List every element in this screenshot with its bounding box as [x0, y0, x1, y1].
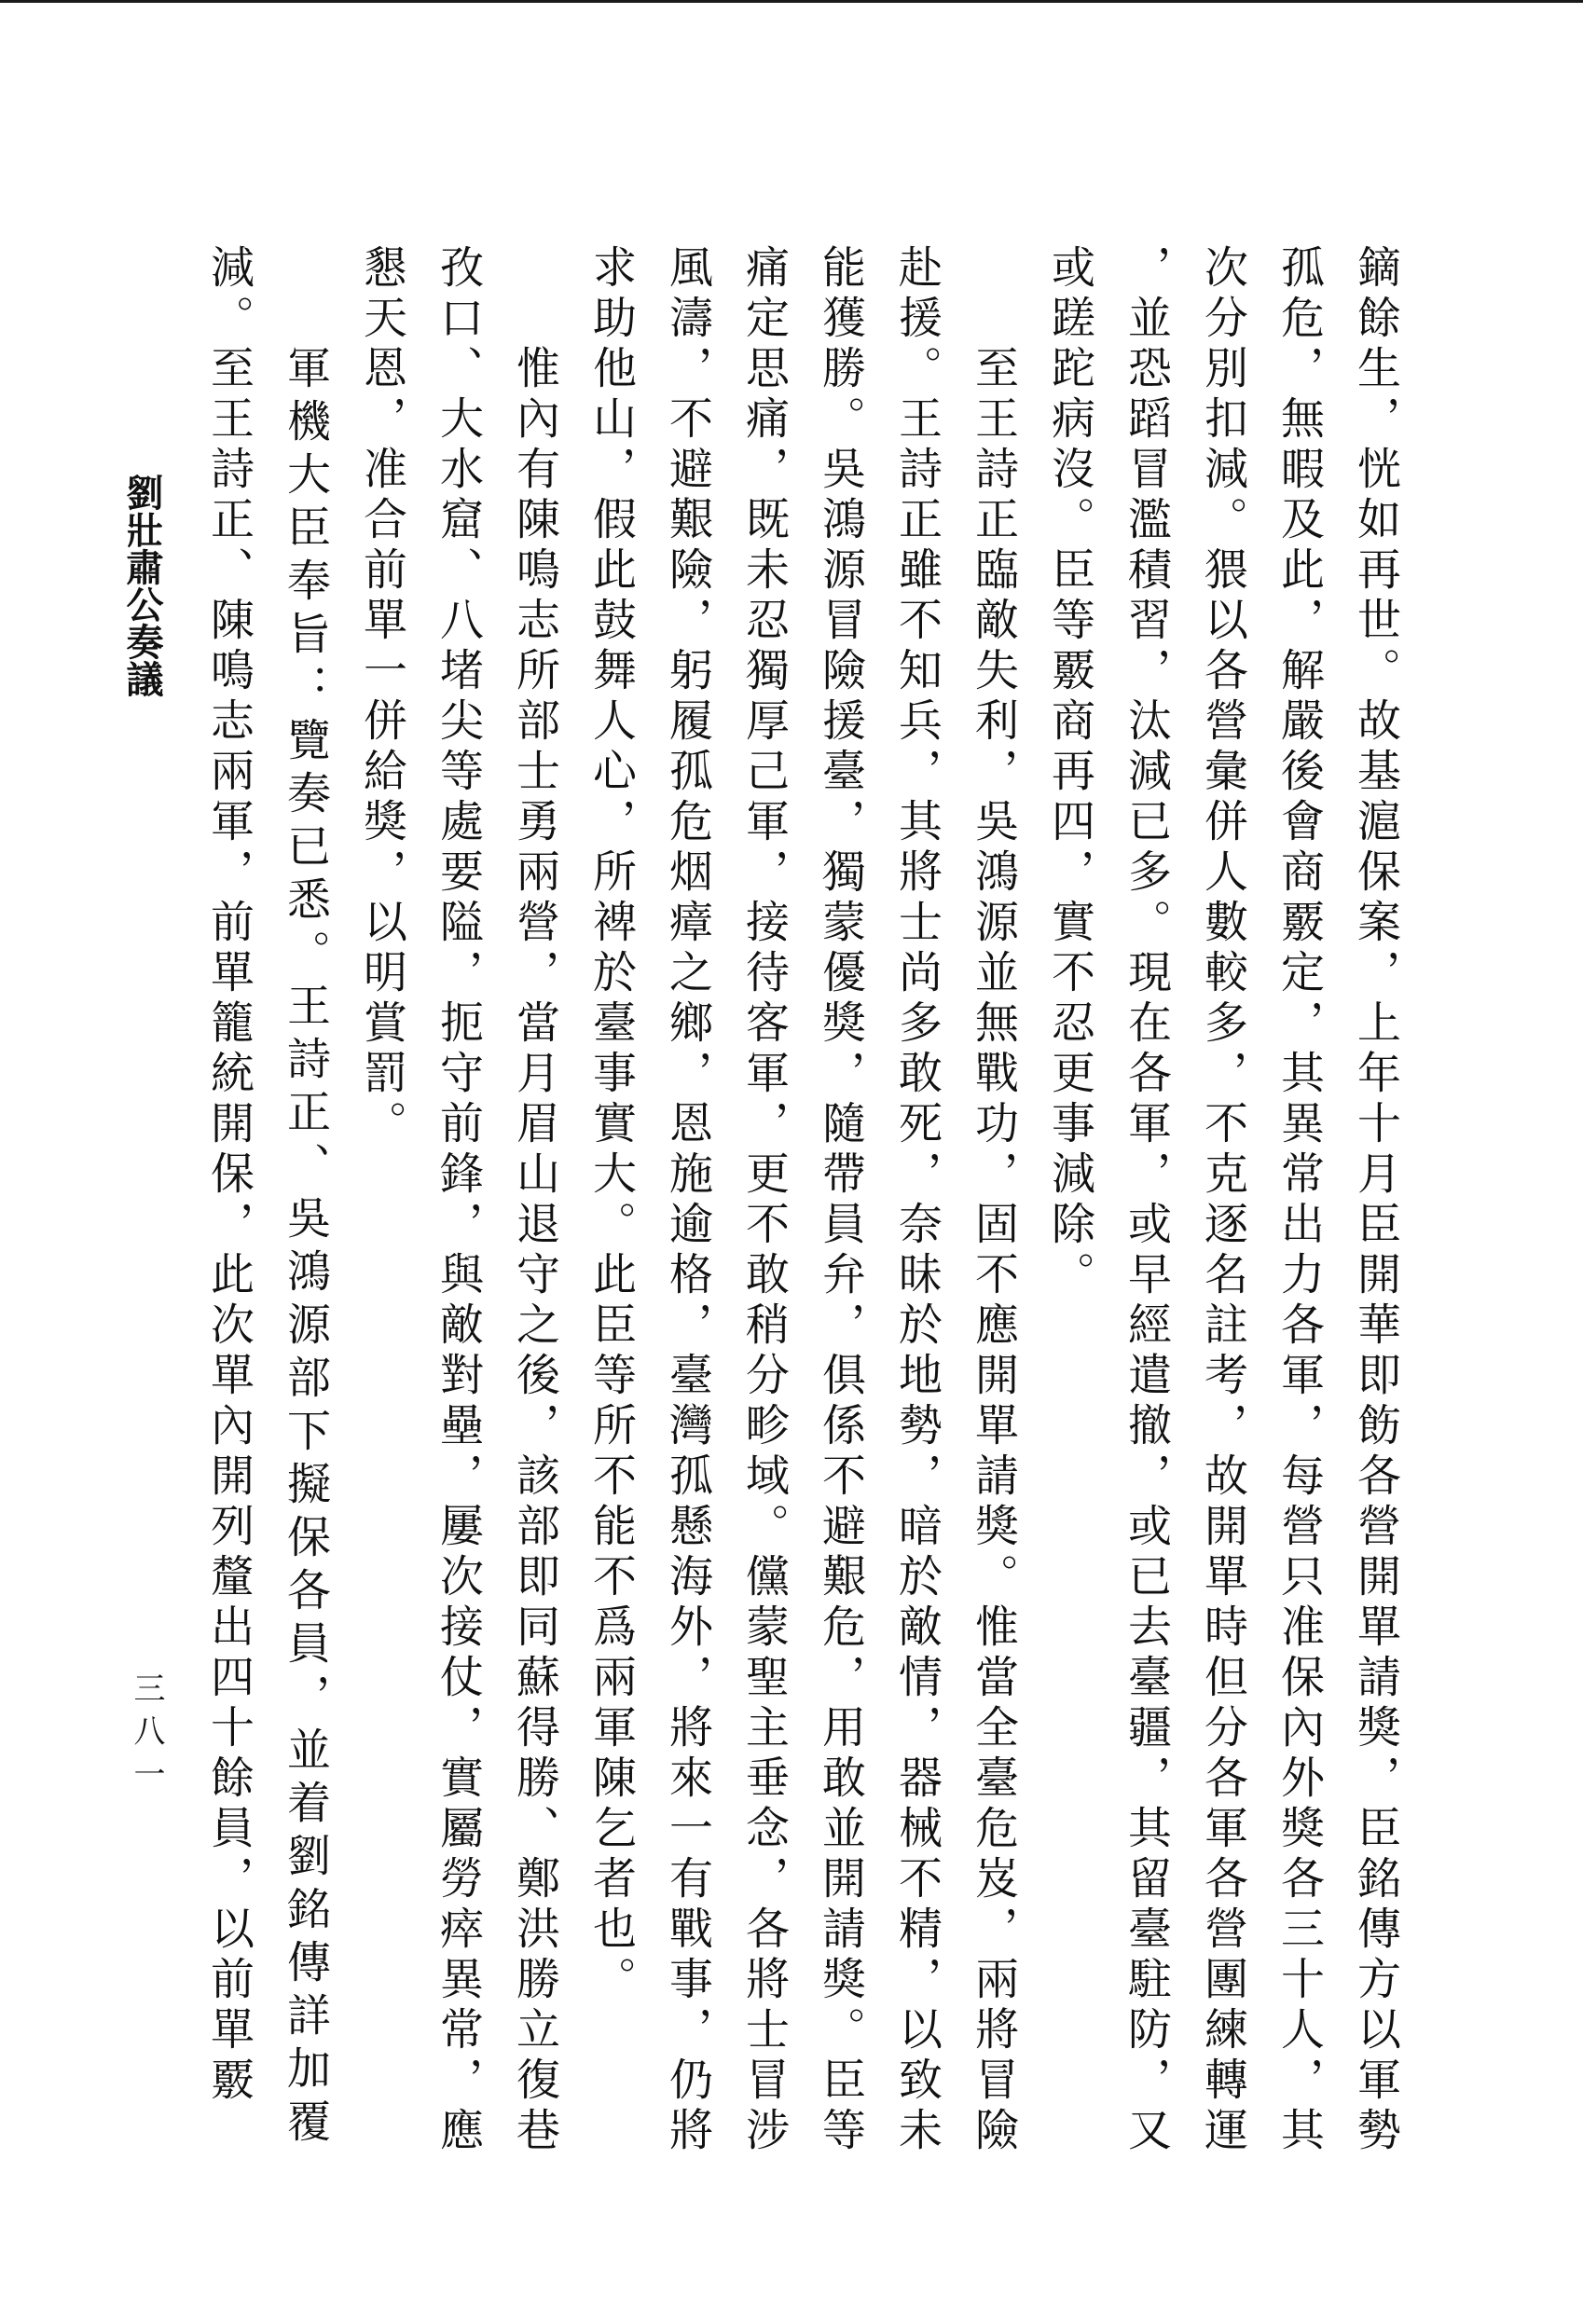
text-column: 鏑餘生，恍如再世。故基滬保案，上年十月臣開華即飭各營開單請獎，臣銘傳方以軍勢	[1337, 244, 1413, 2165]
text-column: 孜口、大水窟、八堵尖等處要隘，扼守前鋒，與敵對壘，屢次接仗，實屬勞瘁異常，應	[420, 244, 496, 2165]
text-column: 痛定思痛，既未忍獨厚己軍，接待客軍，更不敢稍分畛域。儻蒙聖主垂念，各將士冒涉	[725, 244, 802, 2165]
body-text: 鏑餘生，恍如再世。故基滬保案，上年十月臣開華即飭各營開單請獎，臣銘傳方以軍勢 孤…	[190, 244, 1413, 2165]
text-column: 減。至王詩正、陳鳴志兩軍，前單籠統開保，此次單內開列釐出四十餘員，以前單覈	[190, 244, 267, 2165]
text-column-paragraph-start: 惟內有陳鳴志所部士勇兩營，當月眉山退守之後，該部即同蘇得勝、鄭洪勝立復巷	[496, 244, 572, 2165]
text-column: 能獲勝。吳鴻源冒險援臺，獨蒙優獎，隨帶員弁，俱係不避艱危，用敢並開請獎。臣等	[802, 244, 878, 2165]
text-column: 懇天恩，准合前單一併給獎，以明賞罰。	[343, 244, 420, 2165]
imperial-rescript-column: 軍機大臣奉旨：覽奏已悉。王詩正、吳鴻源部下擬保各員，並着劉銘傳詳加覆	[267, 244, 343, 2165]
text-column: 風濤，不避艱險，躬履孤危烟瘴之鄉，恩施逾格，臺灣孤懸海外，將來一有戰事，仍將	[649, 244, 725, 2165]
text-column: 孤危，無暇及此，解嚴後會商覈定，其異常出力各軍，每營只准保內外獎各三十人，其	[1260, 244, 1337, 2165]
text-column: 或蹉跎病沒。臣等覈商再四，實不忍更事減除。	[1031, 244, 1108, 2165]
text-column-paragraph-start: 至王詩正臨敵失利，吳鴻源並無戰功，固不應開單請獎。惟當全臺危岌，兩將冒險	[955, 244, 1031, 2165]
page-top-rule	[0, 0, 1583, 3]
text-column: 赴援。王詩正雖不知兵，其將士尚多敢死，奈昧於地勢，暗於敵情，器械不精，以致未	[878, 244, 955, 2165]
text-column: ，並恐蹈冒濫積習，汰減已多。現在各軍，或早經遣撤，或已去臺疆，其留臺駐防，又	[1108, 244, 1184, 2165]
page-number: 三八一	[128, 1671, 165, 1800]
running-title: 劉壯肅公奏議	[121, 474, 162, 697]
text-column: 求助他山，假此鼓舞人心，所裨於臺事實大。此臣等所不能不爲兩軍陳乞者也。	[572, 244, 649, 2165]
text-column: 次分別扣減。猥以各營彙併人數較多，不克逐名註考，故開單時但分各軍各營團練轉運	[1184, 244, 1260, 2165]
